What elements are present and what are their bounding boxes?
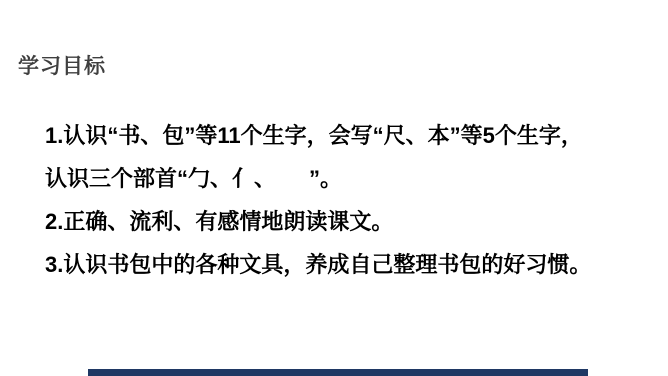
- objectives-list: 1.认识“书、包”等11个生字，会写“尺、本”等5个生字， 认识三个部首“勹、亻…: [45, 114, 650, 286]
- slide-title: 学习目标: [18, 50, 106, 80]
- objective-line-3: 3.认识书包中的各种文具，养成自己整理书包的好习惯。: [45, 243, 650, 286]
- objective-line-2: 2.正确、流利、有感情地朗读课文。: [45, 200, 650, 243]
- objective-line-1a: 1.认识“书、包”等11个生字，会写“尺、本”等5个生字，: [45, 114, 650, 157]
- objective-line-1b: 认识三个部首“勹、亻、 ”。: [45, 157, 650, 200]
- bottom-accent-bar: [88, 369, 588, 376]
- slide-canvas: 学习目标 1.认识“书、包”等11个生字，会写“尺、本”等5个生字， 认识三个部…: [0, 0, 668, 376]
